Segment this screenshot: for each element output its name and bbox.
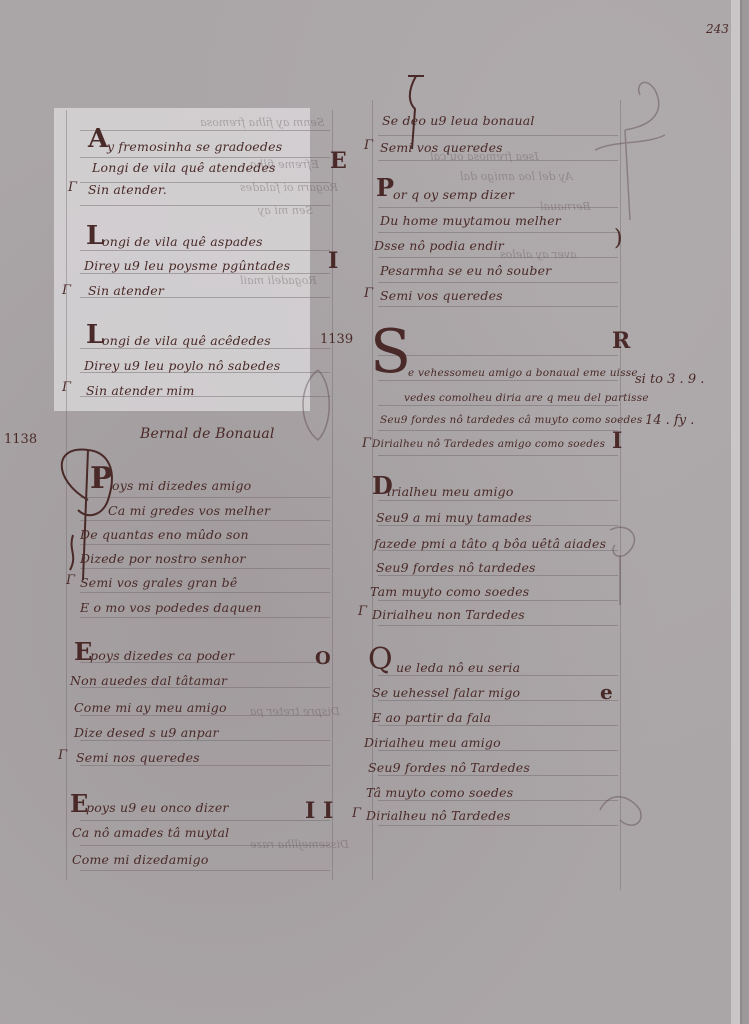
verse-line: fazede pmi a tâto q bôa uêtâ aiades <box>374 536 606 551</box>
verse-line: De quantas eno mûdo son <box>80 527 249 542</box>
initial-letter: S <box>370 322 411 382</box>
column-mark: e <box>600 682 613 702</box>
verse-line: Se deo u9 leua bonaual <box>382 113 535 128</box>
column-mark: I I <box>305 800 333 822</box>
verse-line: Seu9 a mi muy tamades <box>376 510 532 525</box>
margin-note-right-2: 14 . fy . <box>645 413 694 428</box>
faint-sketch <box>590 520 650 610</box>
verse-line: Ca nô amades tâ muytal <box>72 825 229 840</box>
margin-note-right-1: si to 3 . 9 . <box>635 372 704 387</box>
verse-line: Ca mi gredes vos melher <box>108 503 270 518</box>
verse-line: Du home muytamou melher <box>380 213 561 228</box>
verse-refrain: Sin atender. <box>88 182 167 197</box>
verse-line: Direy u9 leu poysme pgûntades <box>84 258 290 273</box>
verse-line: Seu9 fordes nô Tardedes <box>368 760 530 775</box>
faint-sketch <box>590 790 650 840</box>
column-mark: R <box>612 330 630 352</box>
verse-line: Se uehessel falar migo <box>372 685 520 700</box>
author-heading: Bernal de Bonaual <box>140 426 275 442</box>
margin-number-center: 1139 <box>320 332 353 347</box>
verse-line: Pesarmha se eu nô souber <box>380 263 551 278</box>
initial-letter: P <box>376 176 394 200</box>
column-mark: E <box>330 150 347 172</box>
faint-sketch <box>585 70 675 230</box>
verse-line: oys mi dizedes amigo <box>112 478 251 493</box>
faint-sketch <box>298 365 338 445</box>
verse-refrain: Semi nos queredes <box>76 750 200 765</box>
verse-refrain: Semi vos queredes <box>380 288 503 303</box>
verse-refrain: Dirialheu nô Tardedes <box>366 808 511 823</box>
verse-line: y fremosinha se gradoedes <box>107 139 282 154</box>
verse-line: vedes comolheu diria are q meu del parti… <box>404 392 649 404</box>
verse-line: Dizede por nostro senhor <box>80 551 246 566</box>
verse-refrain: Dirialheu nô Tardedes amigo como soedes <box>372 438 605 450</box>
verse-line: Direy u9 leu poylo nô sabedes <box>84 358 280 373</box>
verse-line: Come mi ay meu amigo <box>74 700 227 715</box>
verse-line: Tam muyto como soedes <box>370 584 529 599</box>
verse-line: Seu9 fordes nô tardedes <box>376 560 536 575</box>
verse-line: irialheu meu amigo <box>387 484 514 499</box>
page-edge <box>731 0 740 1024</box>
initial-letter: Q <box>368 645 393 675</box>
column-mark: ) <box>614 228 623 250</box>
verse-line: poys dizedes ca poder <box>90 648 234 663</box>
verse-line: ongi de vila quê aspades <box>102 234 263 249</box>
column-mark: I <box>612 430 622 452</box>
initial-letter: P <box>90 464 113 494</box>
left-column-rule <box>332 110 333 880</box>
verse-line: Tâ muyto como soedes <box>366 785 513 800</box>
verse-line: poys u9 eu onco dizer <box>86 800 229 815</box>
verse-refrain: Dirialheu non Tardedes <box>372 607 525 622</box>
folio-number: 243 <box>706 22 729 36</box>
verse-line: Dize desed s u9 anpar <box>74 725 219 740</box>
verse-line: or q oy semp dizer <box>393 187 514 202</box>
verse-line: Seu9 fordes nô tardedes câ muyto como so… <box>380 414 642 426</box>
verse-refrain: Semi vos grales gran bê <box>80 575 237 590</box>
verse-refrain: Sin atender mim <box>86 383 195 398</box>
column-mark: O <box>315 650 331 668</box>
verse-line: Non auedes dal tâtamar <box>70 673 227 688</box>
margin-number-left: 1138 <box>4 432 37 447</box>
verse-line: Longi de vila quê atendedes <box>92 160 276 175</box>
verse-line: Dirialheu meu amigo <box>364 735 501 750</box>
manuscript-page: Senm ay filha fremosa Efreme filha Rogar… <box>0 0 742 1024</box>
verse-line: e vehessomeu amigo a bonaual eme uisse <box>408 367 638 379</box>
initial-letter: A <box>88 126 108 152</box>
column-mark: I <box>328 250 338 272</box>
verse-line: ue leda nô eu seria <box>396 660 520 675</box>
verse-line: ongi de vila quê acêdedes <box>102 333 271 348</box>
verse-line: Come mi dizedamigo <box>72 852 209 867</box>
verse-refrain: Semi vos queredes <box>380 140 503 155</box>
verse-refrain: Sin atender <box>88 283 164 298</box>
verse-line: E o mo vos podedes daquen <box>80 600 262 615</box>
verse-line: E ao partir da fala <box>372 710 491 725</box>
verse-line: Dsse nô podia endir <box>374 238 504 253</box>
